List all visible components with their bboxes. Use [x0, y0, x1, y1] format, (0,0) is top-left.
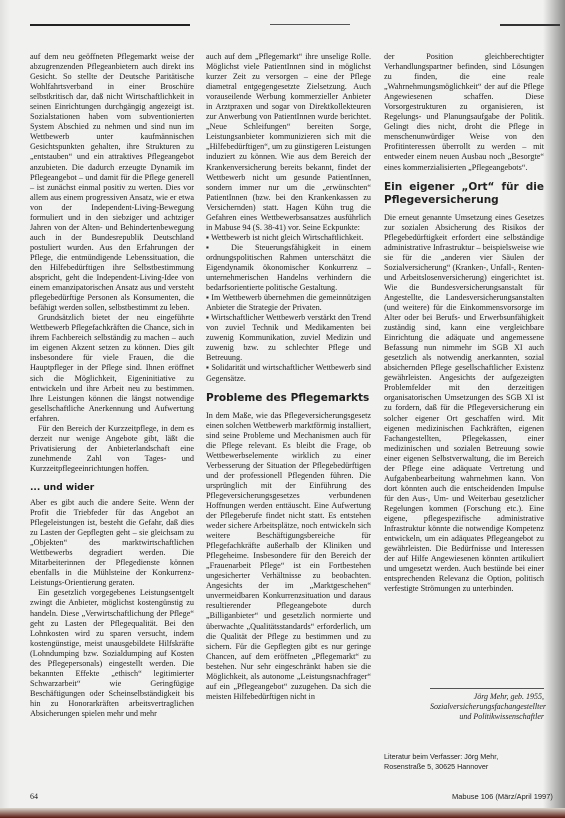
author-address: Literatur beim Verfasser: Jörg Mehr, Ros… [384, 752, 544, 771]
scan-binding-shadow [543, 0, 565, 818]
paragraph: Die erneut genannte Umsetzung eines Gese… [384, 213, 544, 595]
section-heading: Ein eigener „Ort“ für die Pflegeversiche… [384, 181, 544, 207]
bullet-item: Die Steuerungsfähigkeit in einem ordnung… [206, 243, 371, 293]
paragraph: auch auf dem „Pflegemarkt“ ihre unselige… [206, 52, 371, 233]
author-signature: Jörg Mehr, geb. 1955, Sozialversicherung… [430, 688, 544, 722]
address-line: Rosenstraße 5, 30625 Hannover [384, 762, 544, 772]
signature-line: Sozialversicherungsfachangestellter [430, 702, 544, 712]
header-rule [270, 24, 350, 25]
paragraph: der Position gleichberechtigter Verhandl… [384, 52, 544, 173]
paragraph: Grundsätzlich bietet der neu eingeführte… [30, 313, 194, 424]
column-3: der Position gleichberechtigter Verhandl… [384, 52, 544, 594]
paragraph: In dem Maße, wie das Pflegeversicherungs… [206, 411, 371, 702]
header-rule [30, 24, 190, 26]
column-1: auf dem neu geöffneten Pflegemarkt weise… [30, 52, 194, 719]
scan-bottom-edge [0, 808, 565, 818]
bullet-item: Im Wettbewerb übernehmen die gemeinnützi… [206, 293, 371, 313]
page-number: 64 [30, 792, 38, 801]
issue-footer: Mabuse 106 (März/April 1997) [452, 792, 553, 801]
section-heading: Probleme des Pflegemarkts [206, 392, 371, 405]
section-heading: ... und wider [30, 483, 194, 493]
paragraph: Für den Bereich der Kurzzeitpflege, in d… [30, 424, 194, 474]
scan-left-edge [0, 0, 10, 818]
bullet-item: Wirtschaftlicher Wettbewerb verstärkt de… [206, 313, 371, 363]
signature-line: Jörg Mehr, geb. 1955, [430, 692, 544, 702]
paragraph: Ein gesetzlich vorgegebenes Leistungsent… [30, 588, 194, 719]
column-2: auch auf dem „Pflegemarkt“ ihre unselige… [206, 52, 371, 702]
bullet-item: Wettbewerb ist nicht gleich Wirtschaftli… [206, 233, 371, 243]
signature-line: und Politikwissenschaftler [430, 712, 544, 722]
address-line: Literatur beim Verfasser: Jörg Mehr, [384, 752, 544, 762]
paragraph: auf dem neu geöffneten Pflegemarkt weise… [30, 52, 194, 313]
paragraph: Aber es gibt auch die andere Seite. Wenn… [30, 498, 194, 588]
bullet-item: Solidarität und wirtschaftlicher Wettbew… [206, 363, 371, 383]
